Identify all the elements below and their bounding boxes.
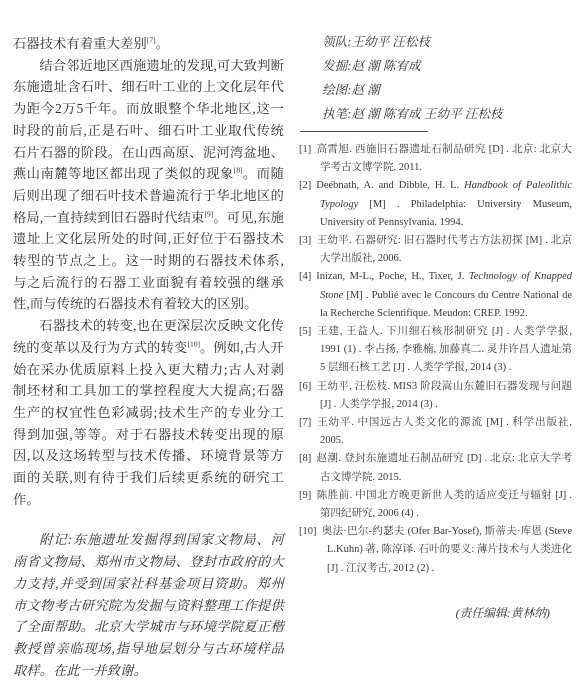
citation-superscript: [7] (147, 36, 156, 45)
reference-item: [7]王幼平. 中国远古人类文化的源流 [M] . 科学出版社, 2005. (299, 414, 572, 450)
reference-number: [10] (299, 526, 317, 537)
citation-superscript: [10] (187, 339, 200, 348)
citation-superscript: [9] (205, 209, 214, 218)
credit-line: 发掘:赵 潮 陈宥成 (322, 54, 572, 78)
reference-item: [9]陈胜前. 中国北方晚更新世人类的适应变迁与辐射 [J] . 第四纪研究, … (299, 487, 572, 523)
reference-item: [8]赵潮. 登封东施遗址石制品研究 [D] . 北京: 北京大学考古文博学院.… (299, 450, 572, 486)
text-segment: 石器技术有着重大差别 (13, 36, 147, 51)
text-segment: [M] . Publié avec le Concours du Centre … (320, 290, 572, 319)
reference-item: [6]王幼平, 汪松枝. MIS3 阶段嵩山东麓旧石器发现与问题 [J] . 人… (299, 378, 572, 414)
text-segment: [M] . Philadelphia: University Museum, U… (320, 199, 572, 228)
reference-number: [4] (299, 271, 311, 282)
reference-number: [8] (299, 453, 311, 464)
reference-item: [10]奥法·巴尔-约瑟夫 (Ofer Bar-Yosef), 斯蒂夫·库恩 (… (299, 523, 572, 578)
text-segment: 。 (156, 36, 169, 51)
credits-block: 领队:王幼平 汪松枝发掘:赵 潮 陈宥成绘图:赵 潮执笔:赵 潮 陈宥成 王幼平… (299, 30, 572, 126)
credit-line: 执笔:赵 潮 陈宥成 王幼平 汪松枝 (322, 102, 572, 126)
body-paragraph: 结合邻近地区西施遗址的发现,可大致判断东施遗址含石叶、细石叶工业的上文化层年代为… (13, 55, 284, 315)
references-list: [1]高霄旭. 西施旧石器遗址石制品研究 [D] . 北京: 北京大学考古文博学… (299, 141, 572, 578)
citation-superscript: [8] (234, 166, 243, 175)
reference-item: [3]王幼平. 石器研究: 旧石器时代考古方法初探 [M] . 北京大学出版社,… (299, 232, 572, 268)
text-segment: 王建, 王益人. 下川细石核形制研究 [J] . 人类学学报, 1991 (1)… (316, 326, 572, 373)
reference-number: [5] (299, 326, 311, 337)
text-segment: 赵潮. 登封东施遗址石制品研究 [D] . 北京: 北京大学考古文博学院. 20… (316, 453, 572, 482)
text-segment: 王幼平, 汪松枝. MIS3 阶段嵩山东麓旧石器发现与问题 [J] . 人类学学… (316, 381, 572, 410)
left-column: 石器技术有着重大差别[7]。 结合邻近地区西施遗址的发现,可大致判断东施遗址含石… (13, 33, 284, 681)
reference-number: [1] (299, 144, 311, 155)
text-segment: Deébnath, A. and Dibble, H. L. (316, 180, 464, 191)
reference-number: [2] (299, 180, 311, 191)
text-segment: 结合邻近地区西施遗址的发现,可大致判断东施遗址含石叶、细石叶工业的上文化层年代为… (13, 58, 284, 182)
text-segment: 。例如,古人开始在采办优质原料上投入更大精力;古人对剥制坯材和工具加工的掌控程度… (13, 340, 284, 507)
footnote-rule (300, 131, 428, 132)
text-segment: 附记:东施遗址发掘得到国家文物局、河南省文物局、郑州市文物局、登封市政府的大力支… (13, 532, 284, 677)
text-segment: 王幼平. 石器研究: 旧石器时代考古方法初探 [M] . 北京大学出版社, 20… (316, 235, 572, 264)
reference-item: [4]Inizan, M-L., Poche, H., Tixer, J. Te… (299, 268, 572, 323)
reference-number: [9] (299, 490, 311, 501)
text-segment: 高霄旭. 西施旧石器遗址石制品研究 [D] . 北京: 北京大学考古文博学院, … (316, 144, 572, 173)
reference-number: [3] (299, 235, 311, 246)
credit-line: 绘图:赵 潮 (322, 78, 572, 102)
text-segment: 陈胜前. 中国北方晚更新世人类的适应变迁与辐射 [J] . 第四纪研究, 200… (316, 490, 572, 519)
text-segment: Inizan, M-L., Poche, H., Tixer, J. (316, 271, 469, 282)
reference-number: [7] (299, 417, 311, 428)
reference-item: [1]高霄旭. 西施旧石器遗址石制品研究 [D] . 北京: 北京大学考古文博学… (299, 141, 572, 177)
body-paragraph: 石器技术的转变,也在更深层次反映文化传统的变革以及行为方式的转变[10]。例如,… (13, 315, 284, 510)
reference-item: [5]王建, 王益人. 下川细石核形制研究 [J] . 人类学学报, 1991 … (299, 323, 572, 378)
text-segment: 奥法·巴尔-约瑟夫 (Ofer Bar-Yosef), 斯蒂夫·库恩 (Stev… (322, 526, 573, 573)
text-segment: 王幼平. 中国远古人类文化的源流 [M] . 科学出版社, 2005. (316, 417, 572, 446)
body-paragraph: 石器技术有着重大差别[7]。 (13, 33, 284, 55)
editor-line: (责任编辑:黄林纳) (299, 604, 572, 621)
right-column: 领队:王幼平 汪松枝发掘:赵 潮 陈宥成绘图:赵 潮执笔:赵 潮 陈宥成 王幼平… (299, 30, 572, 621)
credit-line: 领队:王幼平 汪松枝 (322, 30, 572, 54)
paper-page: 石器技术有着重大差别[7]。 结合邻近地区西施遗址的发现,可大致判断东施遗址含石… (0, 0, 580, 693)
postscript-paragraph: 附记:东施遗址发掘得到国家文物局、河南省文物局、郑州市文物局、登封市政府的大力支… (13, 529, 284, 681)
reference-item: [2]Deébnath, A. and Dibble, H. L. Handbo… (299, 177, 572, 232)
reference-number: [6] (299, 381, 311, 392)
